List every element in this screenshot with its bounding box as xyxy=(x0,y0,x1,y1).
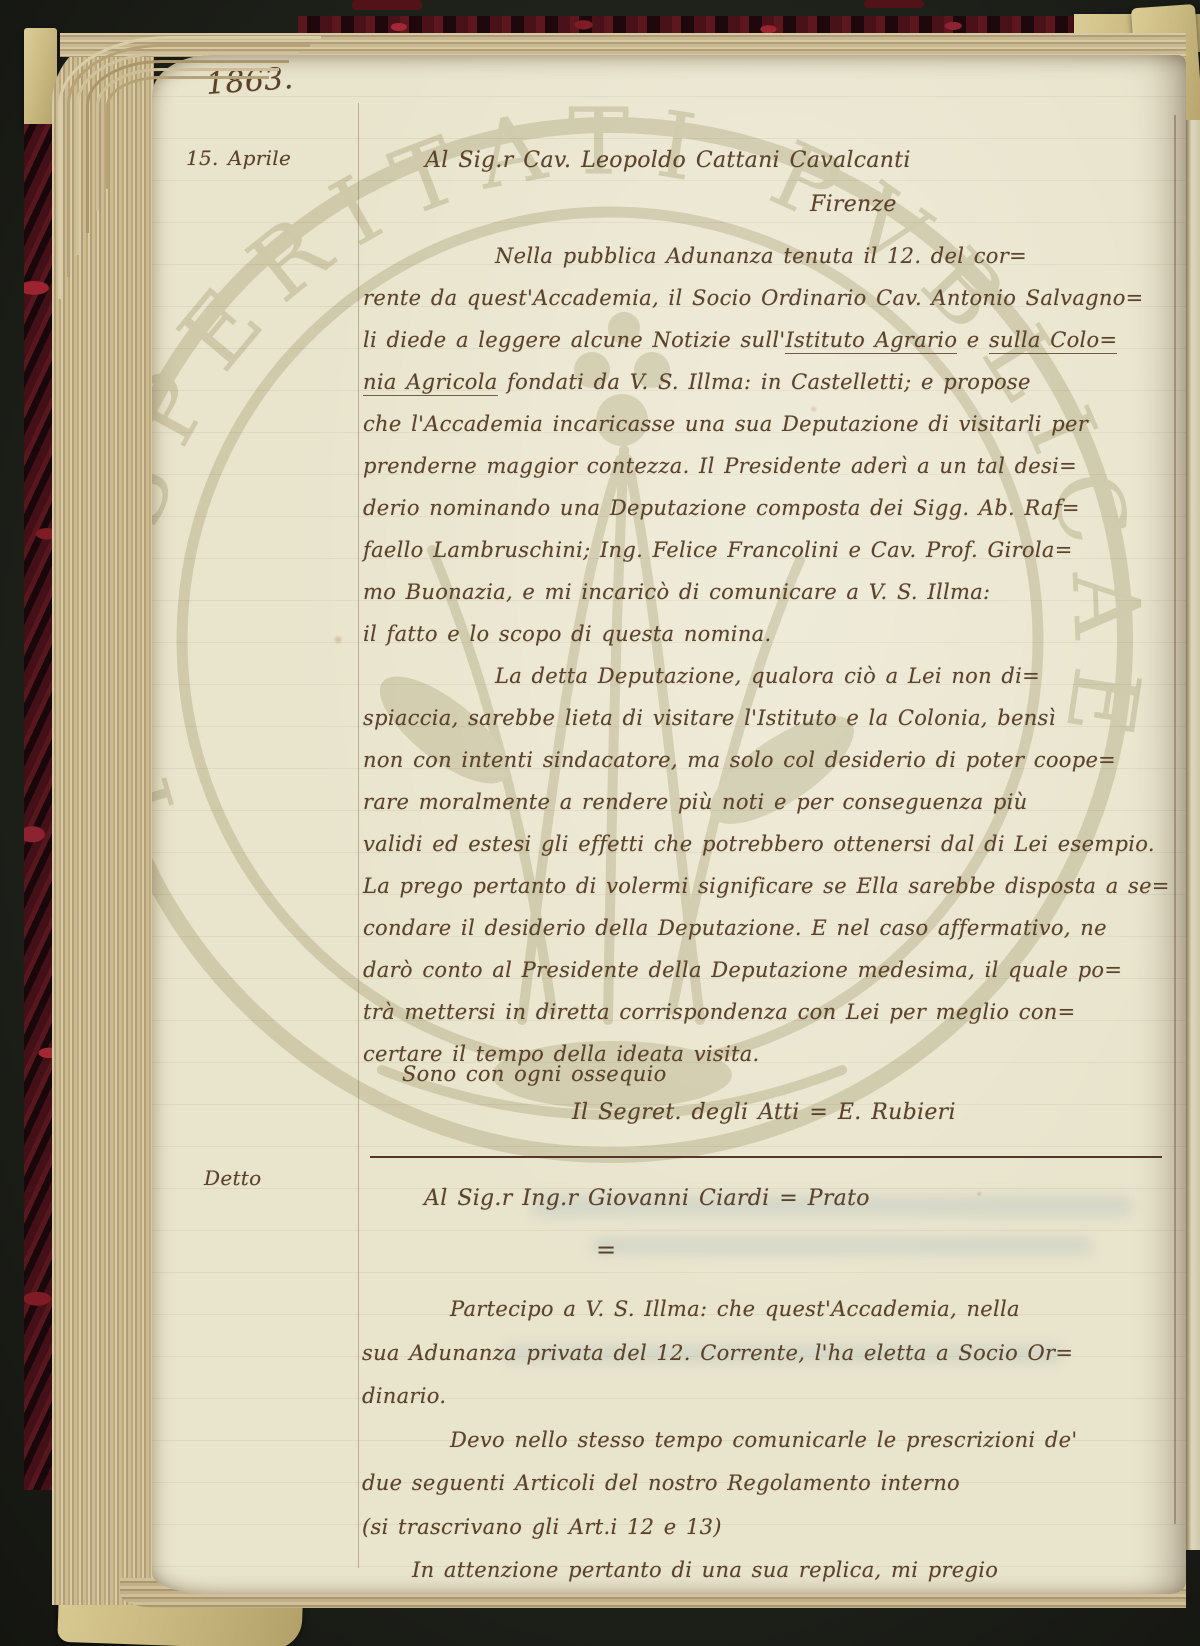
letter1-recipient-line: Al Sig.r Cav. Leopoldo Cattani Cavalcant… xyxy=(425,148,911,173)
cover-fragment xyxy=(352,0,422,10)
cover-fragment xyxy=(864,0,924,8)
gutter-fold-line xyxy=(1174,115,1176,1524)
manuscript-line: che l'Accademia incaricasse una sua Depu… xyxy=(363,403,1170,445)
letter1-body: Nella pubblica Adunanza tenuta il 12. de… xyxy=(363,235,1170,1075)
scanned-manuscript-photo: PROSPERITATI PVBLICAE xyxy=(0,0,1200,1646)
letter2-recipient-line: Al Sig.r Ing.r Giovanni Ciardi = Prato xyxy=(424,1186,870,1211)
manuscript-line: derio nominando una Deputazione composta… xyxy=(363,487,1170,529)
manuscript-line: il fatto e lo scopo di questa nomina. xyxy=(363,613,1170,655)
manuscript-line: dinario. xyxy=(362,1375,1077,1419)
manuscript-line: trà mettersi in diretta corrispondenza c… xyxy=(363,991,1170,1033)
manuscript-line: sua Adunanza privata del 12. Corrente, l… xyxy=(362,1332,1077,1376)
manuscript-line: (si trascrivano gli Art.i 12 e 13) xyxy=(362,1506,1077,1550)
manuscript-page: PROSPERITATI PVBLICAE xyxy=(152,55,1186,1594)
manuscript-line: due seguenti Articoli del nostro Regolam… xyxy=(362,1462,1077,1506)
manuscript-line: validi ed estesi gli effetti che potrebb… xyxy=(363,823,1170,865)
section-divider xyxy=(370,1156,1162,1158)
page-edges-top xyxy=(60,33,1186,57)
manuscript-line: li diede a leggere alcune Notizie sull'I… xyxy=(363,319,1170,361)
manuscript-line: In attenzione pertanto di una sua replic… xyxy=(412,1549,1077,1593)
manuscript-line: faello Lambruschini; Ing. Felice Francol… xyxy=(363,529,1170,571)
margin-rule-line xyxy=(358,103,359,1568)
manuscript-line: La prego pertanto di volermi significare… xyxy=(363,865,1170,907)
letter1-city-line: Firenze xyxy=(810,192,897,217)
letter1-signature-line: Il Segret. degli Atti = E. Rubieri xyxy=(572,1100,956,1125)
manuscript-line: non con intenti sindacatore, ma solo col… xyxy=(363,739,1170,781)
manuscript-line: rare moralmente a rendere più noti e per… xyxy=(363,781,1170,823)
manuscript-line: Partecipo a V. S. Illma: che quest'Accad… xyxy=(450,1288,1077,1332)
manuscript-line: Nella pubblica Adunanza tenuta il 12. de… xyxy=(495,235,1170,277)
manuscript-line: condare il desiderio della Deputazione. … xyxy=(363,907,1170,949)
manuscript-line: spiaccia, sarebbe lieta di visitare l'Is… xyxy=(363,697,1170,739)
manuscript-line: nia Agricola fondati da V. S. Illma: in … xyxy=(363,361,1170,403)
manuscript-line: mo Buonazia, e mi incaricò di comunicare… xyxy=(363,571,1170,613)
manuscript-line: Devo nello stesso tempo comunicarle le p… xyxy=(450,1419,1077,1463)
margin-date-entry2: Detto xyxy=(204,1166,262,1190)
margin-date-entry1: 15. Aprile xyxy=(186,146,291,170)
manuscript-line: darò conto al Presidente della Deputazio… xyxy=(363,949,1170,991)
verso-show-through xyxy=(592,1237,1092,1255)
letter2-body: Partecipo a V. S. Illma: che quest'Accad… xyxy=(362,1288,1077,1593)
manuscript-line: rente da quest'Accademia, il Socio Ordin… xyxy=(363,277,1170,319)
year-annotation: 1863. xyxy=(205,61,295,102)
next-page-sliver xyxy=(1186,120,1200,1550)
manuscript-line: prenderne maggior contezza. Il President… xyxy=(363,445,1170,487)
page-edges-left xyxy=(52,33,154,1605)
letter1-closing-line: Sono con ogni ossequio xyxy=(402,1062,667,1086)
manuscript-line: La detta Deputazione, qualora ciò a Lei … xyxy=(495,655,1170,697)
letter2-separator-mark: = xyxy=(596,1236,616,1264)
